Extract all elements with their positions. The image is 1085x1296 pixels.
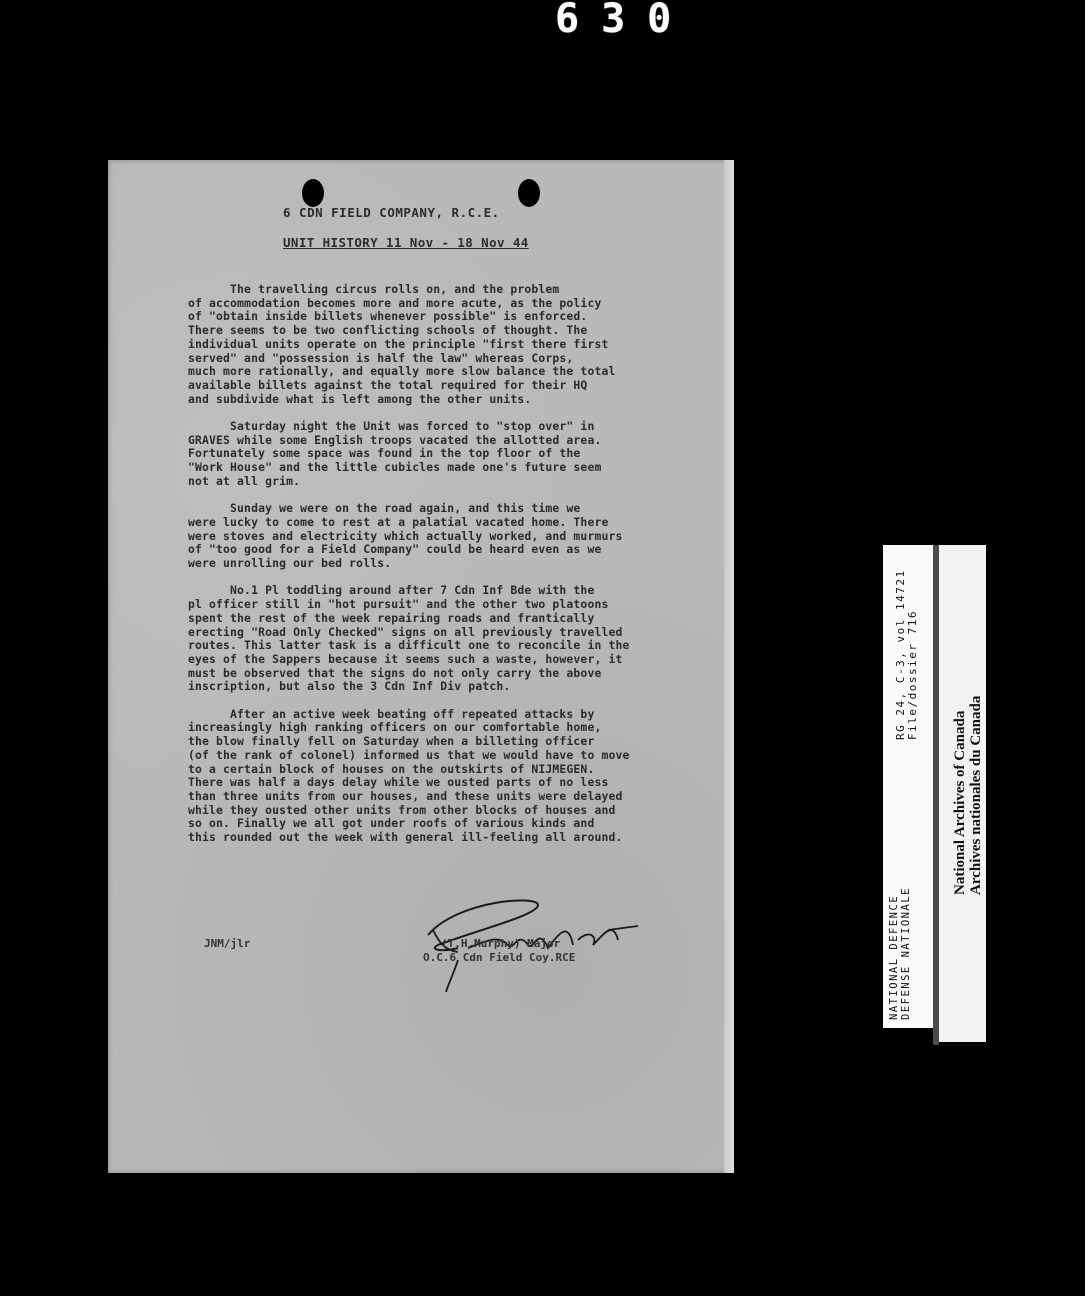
- unit-title: 6 CDN FIELD COMPANY, R.C.E.: [283, 205, 909, 220]
- paragraph-accommodation: The travelling circus rolls on, and the …: [188, 283, 733, 406]
- body-text: The travelling circus rolls on, and the …: [188, 283, 733, 858]
- signature-block: (T.H.Murphy) Major O.C.6 Cdn Field Coy.R…: [423, 937, 575, 965]
- paragraph-sunday-home: Sunday we were on the road again, and th…: [188, 502, 733, 571]
- paragraph-saturday-graves: Saturday night the Unit was forced to "s…: [188, 420, 733, 489]
- archives-name-en: National Archives of Canada: [952, 711, 969, 895]
- signatory-title: O.C.6 Cdn Field Coy.RCE: [423, 951, 575, 965]
- archive-reference-line2: File/dossier 716: [906, 610, 919, 740]
- department-en: NATIONAL DEFENCE: [888, 895, 900, 1020]
- department-fr: DEFENSE NATIONALE: [900, 887, 912, 1020]
- signatory-name: (T.H.Murphy) Major: [423, 937, 575, 951]
- document-page: 6 CDN FIELD COMPANY, R.C.E. UNIT HISTORY…: [108, 160, 734, 1173]
- punch-hole-left: [302, 179, 324, 207]
- paragraph-platoons: No.1 Pl toddling around after 7 Cdn Inf …: [188, 584, 733, 694]
- reference-initials: JNM/jlr: [204, 937, 250, 950]
- punch-hole-right: [518, 179, 540, 207]
- frame-number: 630: [555, 0, 693, 40]
- archives-name-fr: Archives nationales du Canada: [968, 696, 985, 895]
- paragraph-nijmegen: After an active week beating off repeate…: [188, 708, 733, 845]
- history-title: UNIT HISTORY 11 Nov - 18 Nov 44: [283, 235, 909, 250]
